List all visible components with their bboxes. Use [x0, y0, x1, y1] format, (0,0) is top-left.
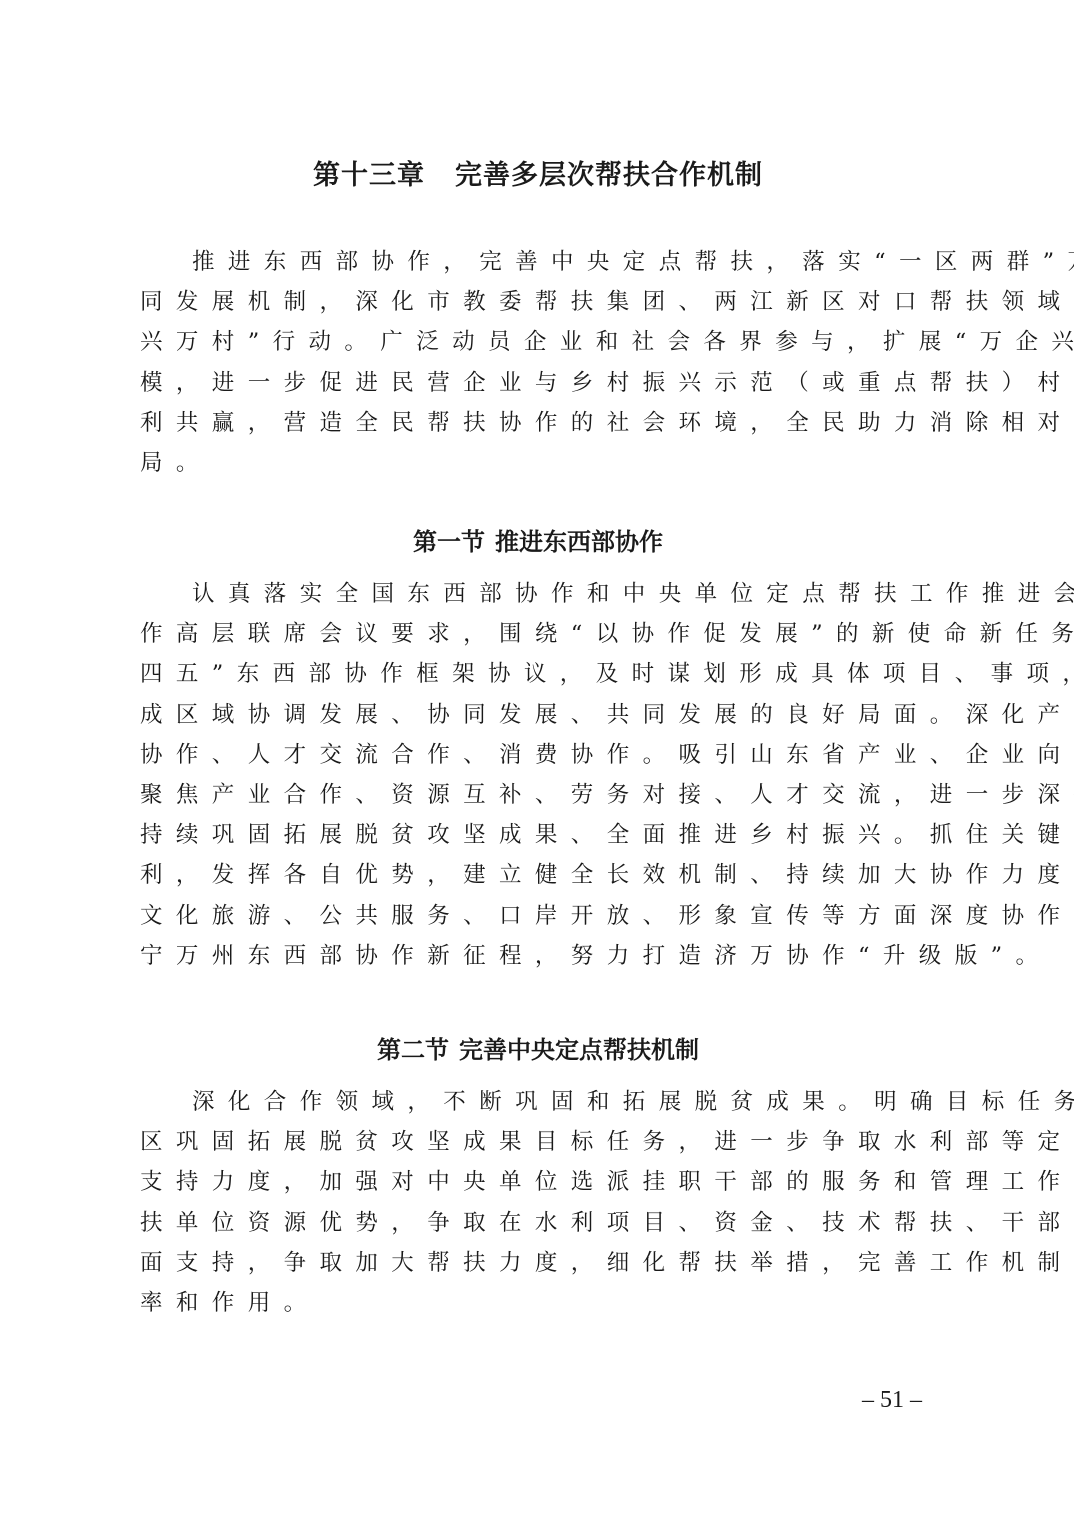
paragraph-line: 兴万村”行动。广泛动员企业和社会各界参与，扩展“万企兴万村”行动规 [140, 322, 936, 362]
section-1-paragraph: 认真落实全国东西部协作和中央单位定点帮扶工作推进会议、鲁渝协 作高层联席会议要求… [140, 574, 936, 976]
paragraph-line: 模，进一步促进民营企业与乡村振兴示范（或重点帮扶）村村企共建、互 [140, 363, 936, 403]
section-2-paragraph: 深化合作领域，不断巩固和拓展脱贫成果。明确目标任务，对标万州 区巩固拓展脱贫攻坚… [140, 1082, 936, 1323]
paragraph-line: 局。 [140, 443, 936, 483]
chapter-number: 第十三章 [313, 160, 425, 191]
paragraph-line: 持续巩固拓展脱贫攻坚成果、全面推进乡村振兴。抓住关键，坚持互惠互 [140, 815, 936, 855]
section-title-1: 第一节推进东西部协作 [140, 522, 936, 562]
paragraph-line: 宁万州东西部协作新征程，努力打造济万协作“升级版”。 [140, 936, 936, 976]
section-number: 第二节 [377, 1036, 449, 1064]
paragraph-line: 利，发挥各自优势，建立健全长效机制、持续加大协作力度，在市场对接、 [140, 855, 936, 895]
paragraph-line: 四五”东西部协作框架协议，及时谋划形成具体项目、事项，努力推动形 [140, 654, 936, 694]
section-title-text: 推进东西部协作 [495, 528, 663, 556]
chapter-title: 第十三章完善多层次帮扶合作机制 [140, 156, 936, 196]
paragraph-line: 认真落实全国东西部协作和中央单位定点帮扶工作推进会议、鲁渝协 [140, 574, 936, 614]
paragraph-line: 成区域协调发展、协同发展、共同发展的良好局面。深化产业合作、劳务 [140, 695, 936, 735]
paragraph-line: 深化合作领域，不断巩固和拓展脱贫成果。明确目标任务，对标万州 [140, 1082, 936, 1122]
page-number: – 51 – [862, 1385, 922, 1415]
paragraph-line: 文化旅游、公共服务、口岸开放、形象宣传等方面深度协作，共同开启济 [140, 896, 936, 936]
paragraph-line: 作高层联席会议要求，围绕“以协作促发展”的新使命新任务，按照两地“十 [140, 614, 936, 654]
paragraph-line: 面支持，争取加大帮扶力度，细化帮扶举措，完善工作机制，提高帮扶效 [140, 1243, 936, 1283]
paragraph-line: 聚焦产业合作、资源互补、劳务对接、人才交流，进一步深化东西部协作， [140, 775, 936, 815]
section-title-text: 完善中央定点帮扶机制 [459, 1036, 699, 1064]
paragraph-line: 率和作用。 [140, 1283, 936, 1323]
paragraph-line: 协作、人才交流合作、消费协作。吸引山东省产业、企业向万州梯度转移。 [140, 735, 936, 775]
paragraph-line: 支持力度，加强对中央单位选派挂职干部的服务和管理工作。结合定点帮 [140, 1162, 936, 1202]
paragraph-line: 同发展机制，深化市教委帮扶集团、两江新区对口帮扶领域，开展“万企 [140, 282, 936, 322]
chapter-title-text: 完善多层次帮扶合作机制 [455, 160, 763, 191]
paragraph-line: 扶单位资源优势，争取在水利项目、资金、技术帮扶、干部人才培训等方 [140, 1203, 936, 1243]
paragraph-line: 区巩固拓展脱贫攻坚成果目标任务，进一步争取水利部等定点帮扶单位的 [140, 1122, 936, 1162]
section-title-2: 第二节完善中央定点帮扶机制 [140, 1030, 936, 1070]
paragraph-line: 推进东西部协作，完善中央定点帮扶，落实“一区两群”万州区对口协 [140, 242, 936, 282]
paragraph-line: 利共赢，营造全民帮扶协作的社会环境，全民助力消除相对贫困的良好格 [140, 403, 936, 443]
section-number: 第一节 [413, 528, 485, 556]
intro-paragraph: 推进东西部协作，完善中央定点帮扶，落实“一区两群”万州区对口协 同发展机制，深化… [140, 242, 936, 483]
